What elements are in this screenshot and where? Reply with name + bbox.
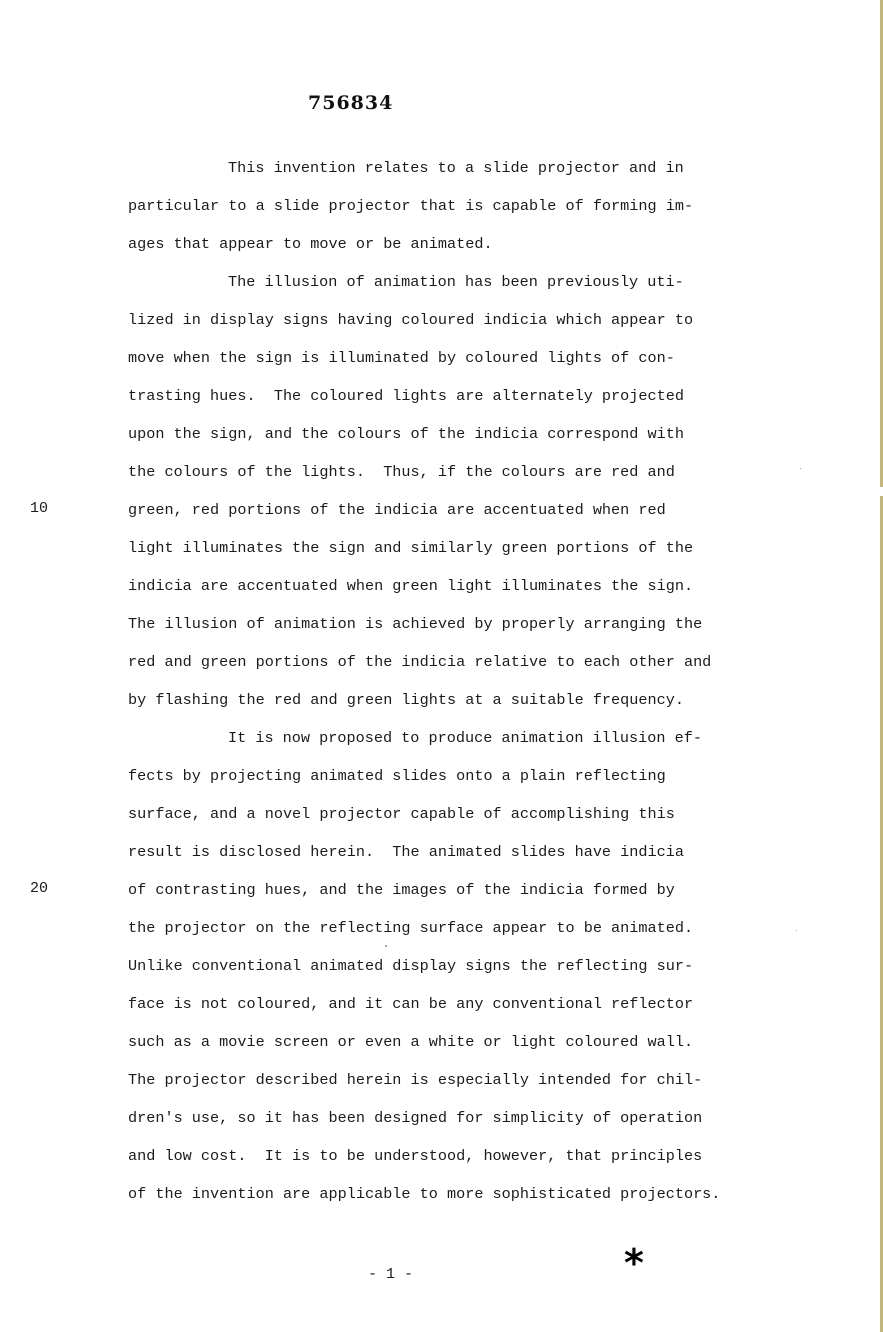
text-line: light illuminates the sign and similarly… xyxy=(128,538,693,558)
text-line: move when the sign is illuminated by col… xyxy=(128,348,675,368)
text-line: upon the sign, and the colours of the in… xyxy=(128,424,684,444)
text-line: result is disclosed herein. The animated… xyxy=(128,842,684,862)
text-line: surface, and a novel projector capable o… xyxy=(128,804,675,824)
text-line: the colours of the lights. Thus, if the … xyxy=(128,462,675,482)
text-line: This invention relates to a slide projec… xyxy=(228,158,684,178)
text-line: by flashing the red and green lights at … xyxy=(128,690,684,710)
text-line: green, red portions of the indicia are a… xyxy=(128,500,666,520)
text-line: and low cost. It is to be understood, ho… xyxy=(128,1146,702,1166)
scan-speck xyxy=(385,945,387,947)
text-line: red and green portions of the indicia re… xyxy=(128,652,711,672)
text-line: of the invention are applicable to more … xyxy=(128,1184,720,1204)
text-line: particular to a slide projector that is … xyxy=(128,196,693,216)
text-line: fects by projecting animated slides onto… xyxy=(128,766,666,786)
text-line: The projector described herein is especi… xyxy=(128,1070,702,1090)
text-line: such as a movie screen or even a white o… xyxy=(128,1032,693,1052)
scan-speck xyxy=(796,930,797,931)
text-line: It is now proposed to produce animation … xyxy=(228,728,702,748)
text-line: the projector on the reflecting surface … xyxy=(128,918,693,938)
document-number: 756834 xyxy=(308,92,393,114)
asterisk-mark: * xyxy=(624,1244,644,1282)
text-line: The illusion of animation has been previ… xyxy=(228,272,684,292)
line-number-marker: 10 xyxy=(30,500,48,517)
page-number: - 1 - xyxy=(368,1266,413,1283)
text-line: of contrasting hues, and the images of t… xyxy=(128,880,675,900)
text-line: The illusion of animation is achieved by… xyxy=(128,614,702,634)
line-number-marker: 20 xyxy=(30,880,48,897)
scan-speck xyxy=(800,468,801,469)
text-line: trasting hues. The coloured lights are a… xyxy=(128,386,684,406)
text-line: lized in display signs having coloured i… xyxy=(128,310,693,330)
text-line: ages that appear to move or be animated. xyxy=(128,234,493,254)
text-line: face is not coloured, and it can be any … xyxy=(128,994,693,1014)
text-line: Unlike conventional animated display sig… xyxy=(128,956,693,976)
text-line: indicia are accentuated when green light… xyxy=(128,576,693,596)
text-line: dren's use, so it has been designed for … xyxy=(128,1108,702,1128)
